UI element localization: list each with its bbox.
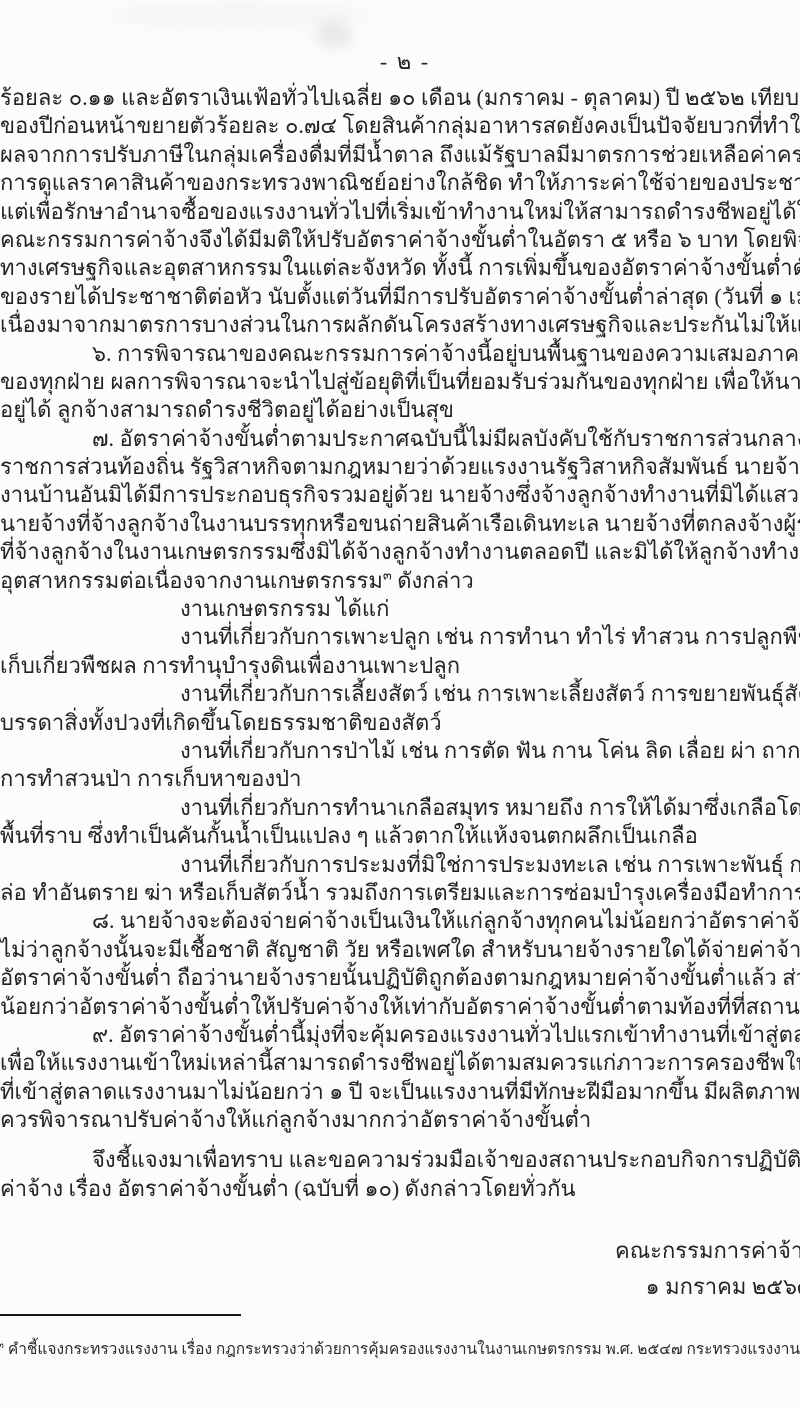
paragraph: งานที่เกี่ยวกับการประมงที่มิใช่การประมงท… <box>0 851 800 908</box>
footnote: ๓คำชี้แจงกระทรวงแรงงาน เรื่อง กฎกระทรวงว… <box>0 1336 800 1361</box>
document-line: เนื่องมาจากมาตรการบางส่วนในการผลักดันโคร… <box>0 311 800 339</box>
paragraph: งานที่เกี่ยวกับการเลี้ยงสัตว์ เช่น การเพ… <box>0 680 800 737</box>
page-number: - ๒ - <box>0 44 800 79</box>
document-line: จึงชี้แจงมาเพื่อทราบ และขอความร่วมมือเจ้… <box>0 1146 800 1174</box>
paragraph: ร้อยละ ๐.๑๑ และอัตราเงินเฟ้อทั่วไปเฉลี่ย… <box>0 84 800 340</box>
footnote-text: คำชี้แจงกระทรวงแรงงาน เรื่อง กฎกระทรวงว่… <box>8 1341 800 1358</box>
document-line: นายจ้างที่จ้างลูกจ้างในงานบรรทุกหรือขนถ่… <box>0 510 800 538</box>
document-page: - ๒ - ร้อยละ ๐.๑๑ และอัตราเงินเฟ้อทั่วไป… <box>0 0 800 1407</box>
scan-smudge <box>110 2 370 28</box>
line-text: อุตสาหกรรมต่อเนื่องจากงานเกษตรกรรม <box>0 568 383 593</box>
document-line: น้อยกว่าอัตราค่าจ้างขั้นต่ำให้ปรับค่าจ้า… <box>0 993 800 1021</box>
document-line: งานเกษตรกรรม ได้แก่ <box>0 595 800 623</box>
signature-name: คณะกรรมการค่าจ้าง <box>615 1236 800 1266</box>
document-line: ที่เข้าสู่ตลาดแรงงานมาไม่น้อยกว่า ๑ ปี จ… <box>0 1078 800 1106</box>
paragraph: งานที่เกี่ยวกับการเพาะปลูก เช่น การทำนา … <box>0 623 800 680</box>
document-body: ร้อยละ ๐.๑๑ และอัตราเงินเฟ้อทั่วไปเฉลี่ย… <box>0 84 800 1203</box>
document-line: งานที่เกี่ยวกับการประมงที่มิใช่การประมงท… <box>0 851 800 879</box>
document-line: งานที่เกี่ยวกับการป่าไม้ เช่น การตัด ฟัน… <box>0 737 800 765</box>
document-line: ทางเศรษฐกิจและอุตสาหกรรมในแต่ละจังหวัด ท… <box>0 254 800 282</box>
document-line: ที่จ้างลูกจ้างในงานเกษตรกรรมซึ่งมิได้จ้า… <box>0 538 800 566</box>
footnote-reference-marker: ๓ <box>383 567 392 582</box>
document-line: คณะกรรมการค่าจ้างจึงได้มีมติให้ปรับอัตรา… <box>0 226 800 254</box>
document-line: การทำสวนป่า การเก็บหาของป่า <box>0 765 800 793</box>
document-line: ของทุกฝ่าย ผลการพิจารณาจะนำไปสู่ข้อยุติท… <box>0 368 800 396</box>
document-line: ๘. นายจ้างจะต้องจ่ายค่าจ้างเป็นเงินให้แก… <box>0 907 800 935</box>
signature-date: ๑ มกราคม ๒๕๖๓ <box>646 1272 800 1302</box>
document-line: ร้อยละ ๐.๑๑ และอัตราเงินเฟ้อทั่วไปเฉลี่ย… <box>0 84 800 112</box>
document-line: เพื่อให้แรงงานเข้าใหม่เหล่านี้สามารถดำรง… <box>0 1049 800 1077</box>
paragraph: งานที่เกี่ยวกับการทำนาเกลือสมุทร หมายถึง… <box>0 794 800 851</box>
document-line: อุตสาหกรรมต่อเนื่องจากงานเกษตรกรรม๓ ดังก… <box>0 567 800 595</box>
document-line: การดูแลราคาสินค้าของกระทรวงพาณิชย์อย่างใ… <box>0 169 800 197</box>
document-line: ไม่ว่าลูกจ้างนั้นจะมีเชื้อชาติ สัญชาติ ว… <box>0 936 800 964</box>
signature-block: คณะกรรมการค่าจ้าง ๑ มกราคม ๒๕๖๓ <box>615 1236 800 1302</box>
document-line: ของรายได้ประชาชาติต่อหัว นับตั้งแต่วันที… <box>0 283 800 311</box>
document-line: บรรดาสิ่งทั้งปวงที่เกิดขึ้นโดยธรรมชาติขอ… <box>0 709 800 737</box>
paragraph: ๙. อัตราค่าจ้างขั้นต่ำนี้มุ่งที่จะคุ้มคร… <box>0 1021 800 1135</box>
document-line: ราชการส่วนท้องถิ่น รัฐวิสาหกิจตามกฎหมายว… <box>0 453 800 481</box>
document-line: ล่อ ทำอันตราย ฆ่า หรือเก็บสัตว์น้ำ รวมถึ… <box>0 879 800 907</box>
document-line: เก็บเกี่ยวพืชผล การทำนุบำรุงดินเพื่องานเ… <box>0 652 800 680</box>
document-line: ๙. อัตราค่าจ้างขั้นต่ำนี้มุ่งที่จะคุ้มคร… <box>0 1021 800 1049</box>
document-line: งานที่เกี่ยวกับการเลี้ยงสัตว์ เช่น การเพ… <box>0 680 800 708</box>
document-line: อยู่ได้ ลูกจ้างสามารถดำรงชีวิตอยู่ได้อย่… <box>0 396 800 424</box>
document-line: ๖. การพิจารณาของคณะกรรมการค่าจ้างนี้อยู่… <box>0 340 800 368</box>
document-line: งานที่เกี่ยวกับการทำนาเกลือสมุทร หมายถึง… <box>0 794 800 822</box>
document-line: พื้นที่ราบ ซึ่งทำเป็นคันกั้นน้ำเป็นแปลง … <box>0 822 800 850</box>
document-line: ของปีก่อนหน้าขยายตัวร้อยละ ๐.๗๔ โดยสินค้… <box>0 112 800 140</box>
paragraph: จึงชี้แจงมาเพื่อทราบ และขอความร่วมมือเจ้… <box>0 1146 800 1203</box>
paragraph: ๖. การพิจารณาของคณะกรรมการค่าจ้างนี้อยู่… <box>0 340 800 425</box>
paragraph: งานที่เกี่ยวกับการป่าไม้ เช่น การตัด ฟัน… <box>0 737 800 794</box>
document-line: งานบ้านอันมิได้มีการประกอบธุรกิจรวมอยู่ด… <box>0 481 800 509</box>
document-line: ค่าจ้าง เรื่อง อัตราค่าจ้างขั้นต่ำ (ฉบับ… <box>0 1175 800 1203</box>
document-line: งานที่เกี่ยวกับการเพาะปลูก เช่น การทำนา … <box>0 623 800 651</box>
document-line: ผลจากการปรับภาษีในกลุ่มเครื่องดื่มที่มีน… <box>0 141 800 169</box>
document-line: แต่เพื่อรักษาอำนาจซื้อของแรงงานทั่วไปที่… <box>0 198 800 226</box>
paragraph: ๗. อัตราค่าจ้างขั้นต่ำตามประกาศฉบับนี้ไม… <box>0 425 800 595</box>
paragraph: งานเกษตรกรรม ได้แก่ <box>0 595 800 623</box>
footnote-marker: ๓ <box>0 1340 4 1351</box>
document-line: ๗. อัตราค่าจ้างขั้นต่ำตามประกาศฉบับนี้ไม… <box>0 425 800 453</box>
document-line: อัตราค่าจ้างขั้นต่ำ ถือว่านายจ้างรายนั้น… <box>0 964 800 992</box>
footnote-separator <box>0 1314 241 1316</box>
paragraph: ๘. นายจ้างจะต้องจ่ายค่าจ้างเป็นเงินให้แก… <box>0 907 800 1021</box>
line-text: ดังกล่าว <box>392 568 474 593</box>
document-line: ควรพิจารณาปรับค่าจ้างให้แก่ลูกจ้างมากกว่… <box>0 1106 800 1134</box>
